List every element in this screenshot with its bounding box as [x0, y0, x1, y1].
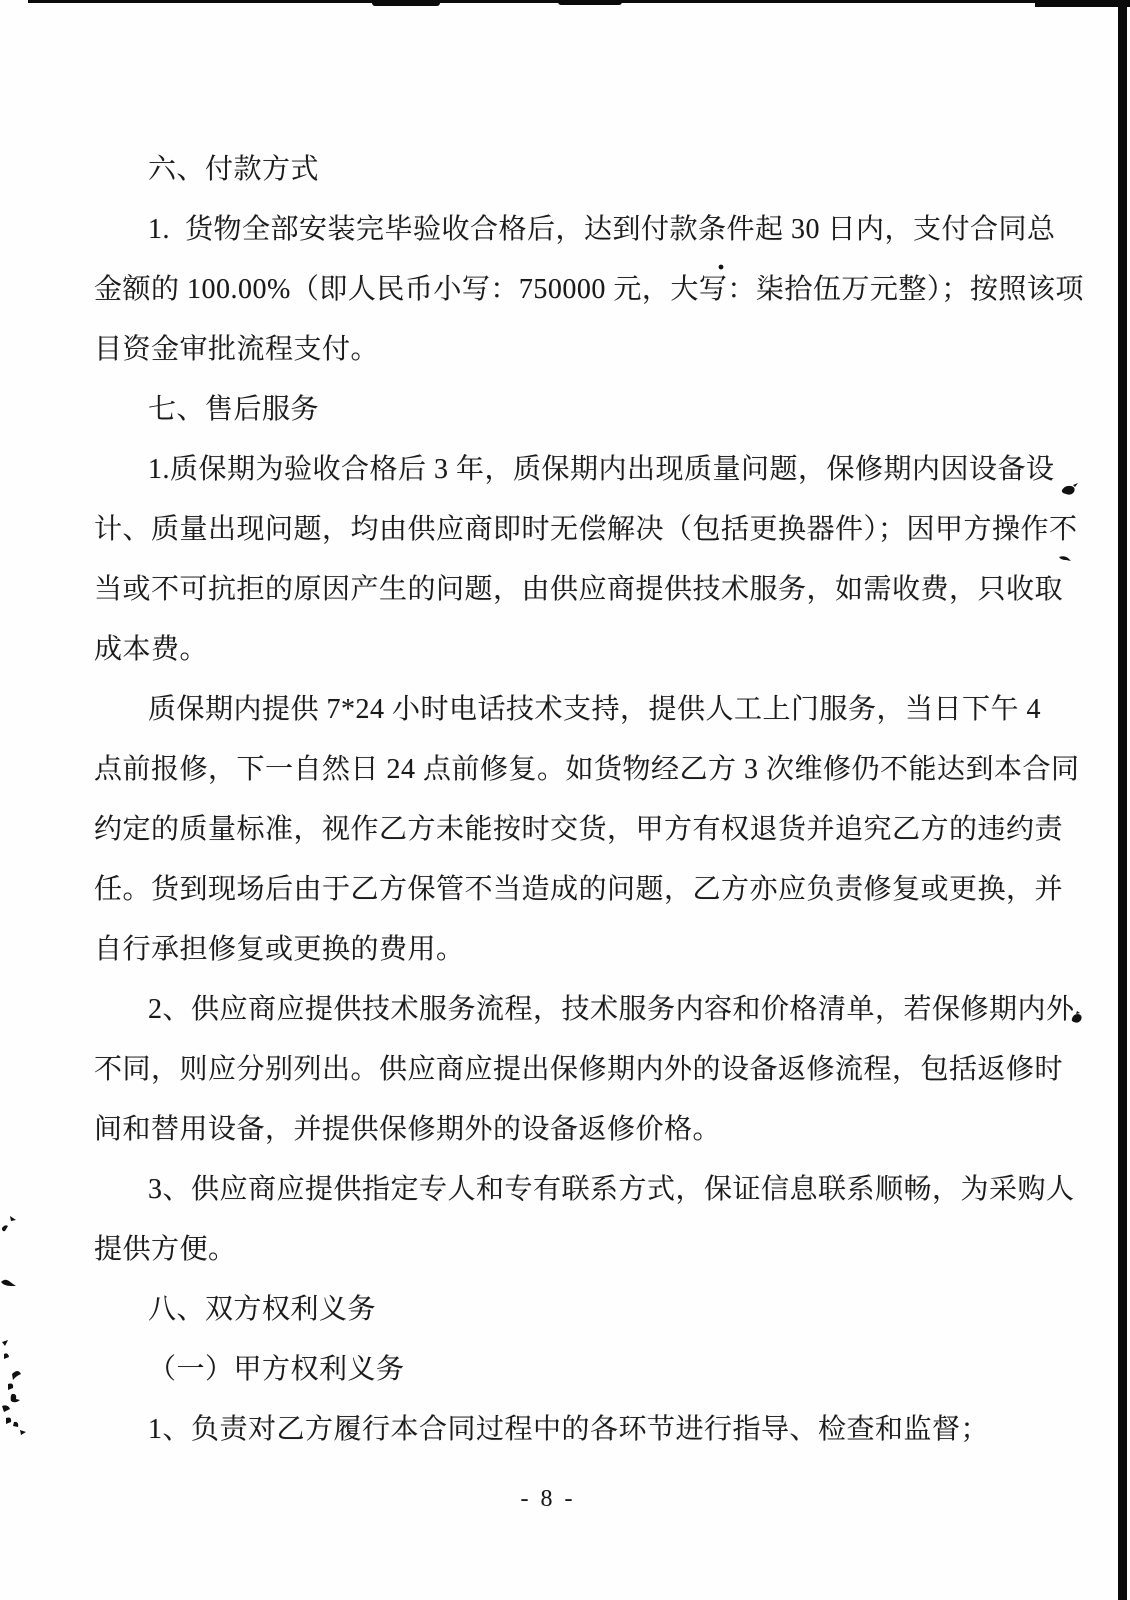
ink-tick-left [0, 1214, 22, 1244]
paragraph-line: 不同，则应分别列出。供应商应提出保修期内外的设备返修流程，包括返修时 [94, 1050, 1034, 1094]
document-page: 六、付款方式1. 货物全部安装完毕验收合格后，达到付款条件起 30 日内，支付合… [0, 0, 1130, 1600]
scan-top-edge [372, 0, 440, 6]
section-heading: 八、双方权利义务 [148, 1290, 1088, 1334]
page-number: - 8 - [0, 1486, 1096, 1513]
scan-right-edge [1118, 0, 1127, 1600]
paragraph-line: 成本费。 [94, 630, 1034, 674]
paragraph-line: 间和替用设备，并提供保修期外的设备返修价格。 [94, 1110, 1034, 1154]
paragraph-line: 当或不可抗拒的原因产生的问题，由供应商提供技术服务，如需收费，只收取 [94, 570, 1034, 614]
paragraph-line: 自行承担修复或更换的费用。 [94, 930, 1034, 974]
paragraph-line: 1. 货物全部安装完毕验收合格后，达到付款条件起 30 日内，支付合同总 [148, 210, 1088, 254]
subsection-heading: （一）甲方权利义务 [148, 1350, 1088, 1394]
paragraph-line: 1、负责对乙方履行本合同过程中的各环节进行指导、检查和监督； [148, 1410, 1088, 1454]
scan-top-edge [1035, 0, 1130, 7]
paragraph-line: 2、供应商应提供技术服务流程，技术服务内容和价格清单，若保修期内外 [148, 990, 1088, 1034]
ink-dot-above-qi [716, 262, 726, 272]
paragraph-line: 提供方便。 [94, 1230, 1034, 1274]
paragraph-line: 计、质量出现问题，均由供应商即时无偿解决（包括更换器件）；因甲方操作不 [94, 510, 1034, 554]
ink-mark-left-small [0, 1276, 20, 1292]
ink-blob-right-mid [1068, 1010, 1086, 1026]
paragraph-line: 约定的质量标准，视作乙方未能按时交货，甲方有权退货并追究乙方的违约责 [94, 810, 1034, 854]
section-heading: 七、售后服务 [148, 390, 1088, 434]
paragraph-line: 3、供应商应提供指定专人和专有联系方式，保证信息联系顺畅，为采购人 [148, 1170, 1088, 1214]
paragraph-line: 金额的 100.00%（即人民币小写：750000 元，大写：柒拾伍万元整）；按… [94, 270, 1034, 314]
ink-dash-right [1058, 554, 1074, 564]
paragraph-line: 点前报修，下一自然日 24 点前修复。如货物经乙方 3 次维修仍不能达到本合同 [94, 750, 1034, 794]
section-heading: 六、付款方式 [148, 150, 1088, 194]
ink-blob-right-upper [1058, 482, 1080, 500]
paragraph-line: 任。货到现场后由于乙方保管不当造成的问题，乙方亦应负责修复或更换，并 [94, 870, 1034, 914]
ink-squiggle-left [0, 1338, 36, 1438]
paragraph-line: 质保期内提供 7*24 小时电话技术支持，提供人工上门服务，当日下午 4 [148, 690, 1088, 734]
paragraph-line: 目资金审批流程支付。 [94, 330, 1034, 374]
paragraph-line: 1.质保期为验收合格后 3 年，质保期内出现质量问题，保修期内因设备设 [148, 450, 1088, 494]
scan-top-edge [558, 0, 622, 5]
